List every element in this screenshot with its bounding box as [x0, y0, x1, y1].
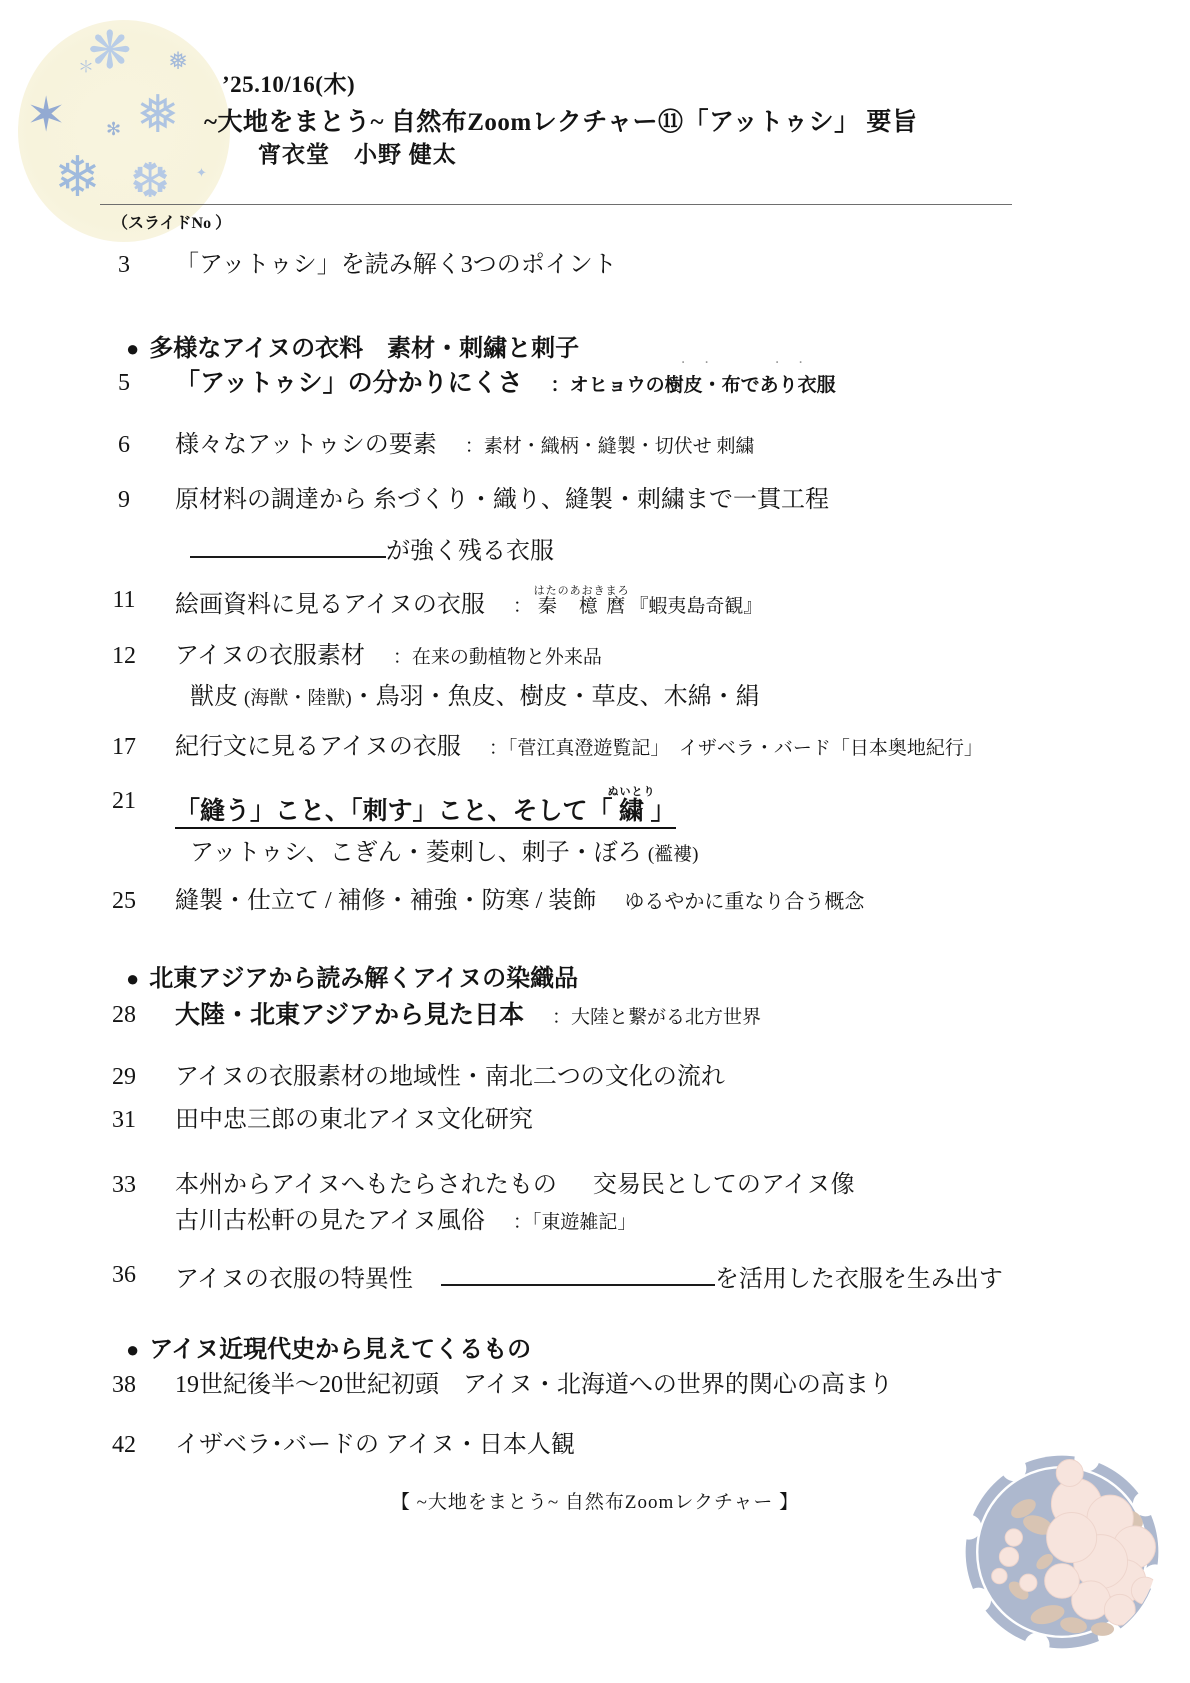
- outline-item-continuation: 獣皮 (海獣・陸獣)・鳥羽・魚皮、樹皮・草皮、木綿・絹: [190, 682, 760, 712]
- outline-item: 38 19世紀後半～20世紀初頭 アイヌ・北海道への世界的関心の高まり: [175, 1370, 893, 1400]
- slide-number: 36: [100, 1260, 148, 1290]
- outline-item: 11 絵画資料に見るアイヌの衣服：秦 檍麿はたのあおきまろ『蝦夷島奇観』: [175, 585, 762, 620]
- item-note: ：素材・織柄・縫製・切伏せ 刺繍: [465, 436, 755, 457]
- outline-item: 12 アイヌの衣服素材：在来の動植物と外来品: [175, 641, 602, 671]
- snowflake-icon: ✶: [26, 92, 66, 140]
- slide-number: 12: [100, 641, 148, 671]
- slide-number: 42: [100, 1430, 148, 1460]
- book-title: 『蝦夷島奇観』: [629, 596, 762, 617]
- item-text: 古川古松軒の見たアイヌ風俗: [175, 1208, 485, 1234]
- note-colon: ：: [513, 596, 532, 617]
- section-heading: ●北東アジアから読み解くアイヌの染織品: [126, 958, 578, 993]
- item-text: 絵画資料に見るアイヌの衣服: [175, 592, 485, 618]
- outline-item: 36 アイヌの衣服の特異性を活用した衣服を生み出す: [175, 1260, 1003, 1294]
- slide-number: 5: [100, 368, 148, 398]
- document-title: ~大地をまとう~ 自然布Zoomレクチャー⑪「アットゥシ」 要旨: [204, 102, 917, 138]
- furigana: ぬいとり: [608, 786, 656, 798]
- item-text: 「縫う」こと、「刺す」こと、そして「: [175, 797, 613, 825]
- document-date: ’25.10/16(木): [222, 66, 355, 99]
- outline-item: 42 イザベラ･バードの アイヌ・日本人観: [175, 1430, 575, 1460]
- slide-number: 3: [100, 250, 148, 280]
- item-text: 」: [651, 797, 676, 825]
- section-heading: ●多様なアイヌの衣料 素材・刺繍と刺子: [126, 328, 579, 363]
- slide-no-label: （スライドNo ）: [112, 210, 231, 233]
- outline-item: 31 田中忠三郎の東北アイヌ文化研究: [175, 1105, 533, 1135]
- item-paren: (襤褸): [648, 844, 699, 865]
- outline-item-continuation: が強く残る衣服: [190, 532, 554, 566]
- ruby-word: 繍ぬいとり: [613, 797, 651, 825]
- item-text: を活用した衣服を生み出す: [715, 1266, 1003, 1292]
- slide-number: 28: [100, 1000, 148, 1030]
- snowflake-icon: ❅: [168, 50, 188, 74]
- item-text: アイヌの衣服素材の地域性・南北二つの文化の流れ: [175, 1064, 725, 1090]
- header-divider: [100, 204, 1012, 205]
- outline-item: 17 紀行文に見るアイヌの衣服：「菅江真澄遊覧記」 イザベラ・バード「日本奥地紀…: [175, 732, 983, 762]
- outline-item: 29 アイヌの衣服素材の地域性・南北二つの文化の流れ: [175, 1062, 725, 1092]
- person-name: 秦 檍麿: [534, 596, 630, 617]
- item-note: ゆるやかに重なり合う概念: [624, 891, 864, 913]
- bullet-icon: ●: [126, 966, 139, 991]
- snowflake-icon: ✦: [196, 166, 207, 179]
- item-note: ：大陸と繋がる北方世界: [552, 1007, 761, 1028]
- item-subtitle: 交易民としてのアイヌ像: [593, 1172, 855, 1198]
- section-heading: ●アイヌ近現代史から見えてくるもの: [126, 1329, 531, 1364]
- slide-number: 31: [100, 1105, 148, 1135]
- fill-in-blank: [190, 532, 386, 558]
- item-text: 縫製・仕立て / 補修・補強・防寒 / 装飾: [175, 888, 596, 914]
- section-label: 北東アジアから読み解くアイヌの染織品: [149, 965, 578, 992]
- document-author: 宵衣堂 小野 健太: [258, 136, 457, 169]
- bullet-icon: ●: [126, 1337, 139, 1362]
- item-note: ：在来の動植物と外来品: [393, 647, 602, 668]
- item-text: 大陸・北東アジアから見た日本: [175, 1001, 524, 1029]
- outline-item: 5 「アットゥシ」の分かりにくさ：オヒョウの樹皮・布であり衣服･ ･･ ･: [175, 368, 836, 399]
- slide-number: 38: [100, 1370, 148, 1400]
- bullet-icon: ●: [126, 336, 139, 361]
- snowflake-wreath-ornament: ❋ ❅ ✶ ❅ ❄ ❆ ✻ ✦ ＊: [18, 20, 230, 242]
- slide-number: 21: [100, 786, 148, 816]
- slide-number: 29: [100, 1062, 148, 1092]
- slide-number: 6: [100, 430, 148, 460]
- item-text: アイヌの衣服素材: [175, 643, 365, 669]
- outline-item: 21 「縫う」こと、「刺す」こと、そして「繍ぬいとり」: [175, 786, 676, 827]
- item-note: 秦 檍麿はたのあおきまろ: [538, 596, 625, 617]
- item-text: 「アットゥシ」を読み解く3つのポイント: [175, 252, 617, 278]
- slide-number: 25: [100, 886, 148, 916]
- outline-item: 25 縫製・仕立て / 補修・補強・防寒 / 装飾ゆるやかに重なり合う概念: [175, 886, 864, 916]
- item-note: ：「東遊雑記」: [513, 1212, 637, 1233]
- item-text: 本州からアイヌへもたらされたもの: [175, 1172, 557, 1198]
- item-note: ：オヒョウの樹皮・布であり衣服: [551, 375, 836, 396]
- item-text: 獣皮: [190, 684, 244, 710]
- item-text: アイヌの衣服の特異性: [175, 1266, 413, 1292]
- document-page: ❋ ❅ ✶ ❅ ❄ ❆ ✻ ✦ ＊ ’25.10/16(木) ~大地をまとう~ …: [0, 0, 1190, 1683]
- section-label: 多様なアイヌの衣料 素材・刺繍と刺子: [149, 335, 579, 362]
- outline-item: 33 本州からアイヌへもたらされたもの交易民としてのアイヌ像: [175, 1170, 855, 1200]
- item-note: ：「菅江真澄遊覧記」 イザベラ・バード「日本奥地紀行」: [489, 738, 983, 759]
- item-text: 様々なアットゥシの要素: [175, 432, 437, 458]
- kanji: 繍: [608, 797, 656, 825]
- snowflake-icon: ❋: [88, 26, 132, 78]
- slide-number: 11: [100, 585, 148, 615]
- outline-item: 9 原材料の調達から 糸づくり・織り、縫製・刺繍まで一貫工程: [175, 485, 829, 515]
- emphasis-dots: ･ ･: [775, 358, 812, 371]
- snowflake-icon: ❅: [136, 90, 180, 142]
- section-label: アイヌ近現代史から見えてくるもの: [149, 1336, 531, 1363]
- fill-in-blank: [441, 1260, 715, 1286]
- item-text: アットゥシ、こぎん・菱刺し、刺子・ぼろ: [190, 840, 648, 866]
- outline-item-continuation: 古川古松軒の見たアイヌ風俗：「東遊雑記」: [175, 1206, 636, 1236]
- item-text: 原材料の調達から 糸づくり・織り、縫製・刺繍まで一貫工程: [175, 487, 829, 513]
- snowflake-icon: ✻: [106, 120, 121, 138]
- snow-ring-flower-ornament: [956, 1446, 1168, 1658]
- slide-number: 33: [100, 1170, 148, 1200]
- item-text: 紀行文に見るアイヌの衣服: [175, 734, 461, 760]
- item-text: 田中忠三郎の東北アイヌ文化研究: [175, 1107, 533, 1133]
- furigana: はたのあおきまろ: [534, 585, 630, 597]
- underlined-heading: 「縫う」こと、「刺す」こと、そして「繍ぬいとり」: [175, 797, 676, 829]
- snowflake-icon: ❄: [54, 150, 101, 206]
- slide-number: 9: [100, 485, 148, 515]
- item-text: イザベラ･バードの アイヌ・日本人観: [175, 1432, 575, 1458]
- snowflake-icon: ＊: [78, 60, 94, 76]
- item-paren: (海獣・陸獣): [244, 688, 352, 709]
- snowflake-icon: ❆: [130, 158, 170, 206]
- outline-item-continuation: アットゥシ、こぎん・菱刺し、刺子・ぼろ (襤褸): [190, 838, 698, 868]
- item-text: 19世紀後半～20世紀初頭 アイヌ・北海道への世界的関心の高まり: [175, 1372, 893, 1398]
- emphasis-dots: ･ ･: [681, 358, 718, 371]
- slide-number: 17: [100, 732, 148, 762]
- outline-item: 28 大陸・北東アジアから見た日本：大陸と繋がる北方世界: [175, 1000, 761, 1031]
- item-text: 「アットゥシ」の分かりにくさ: [175, 369, 523, 397]
- item-text: ・鳥羽・魚皮、樹皮・草皮、木綿・絹: [352, 684, 760, 710]
- outline-item: 6 様々なアットゥシの要素：素材・織柄・縫製・切伏せ 刺繍: [175, 430, 755, 460]
- ruby-name: 秦 檍麿はたのあおきまろ: [538, 596, 625, 617]
- item-text: が強く残る衣服: [386, 538, 554, 564]
- outline-item: 3 「アットゥシ」を読み解く3つのポイント: [175, 250, 617, 280]
